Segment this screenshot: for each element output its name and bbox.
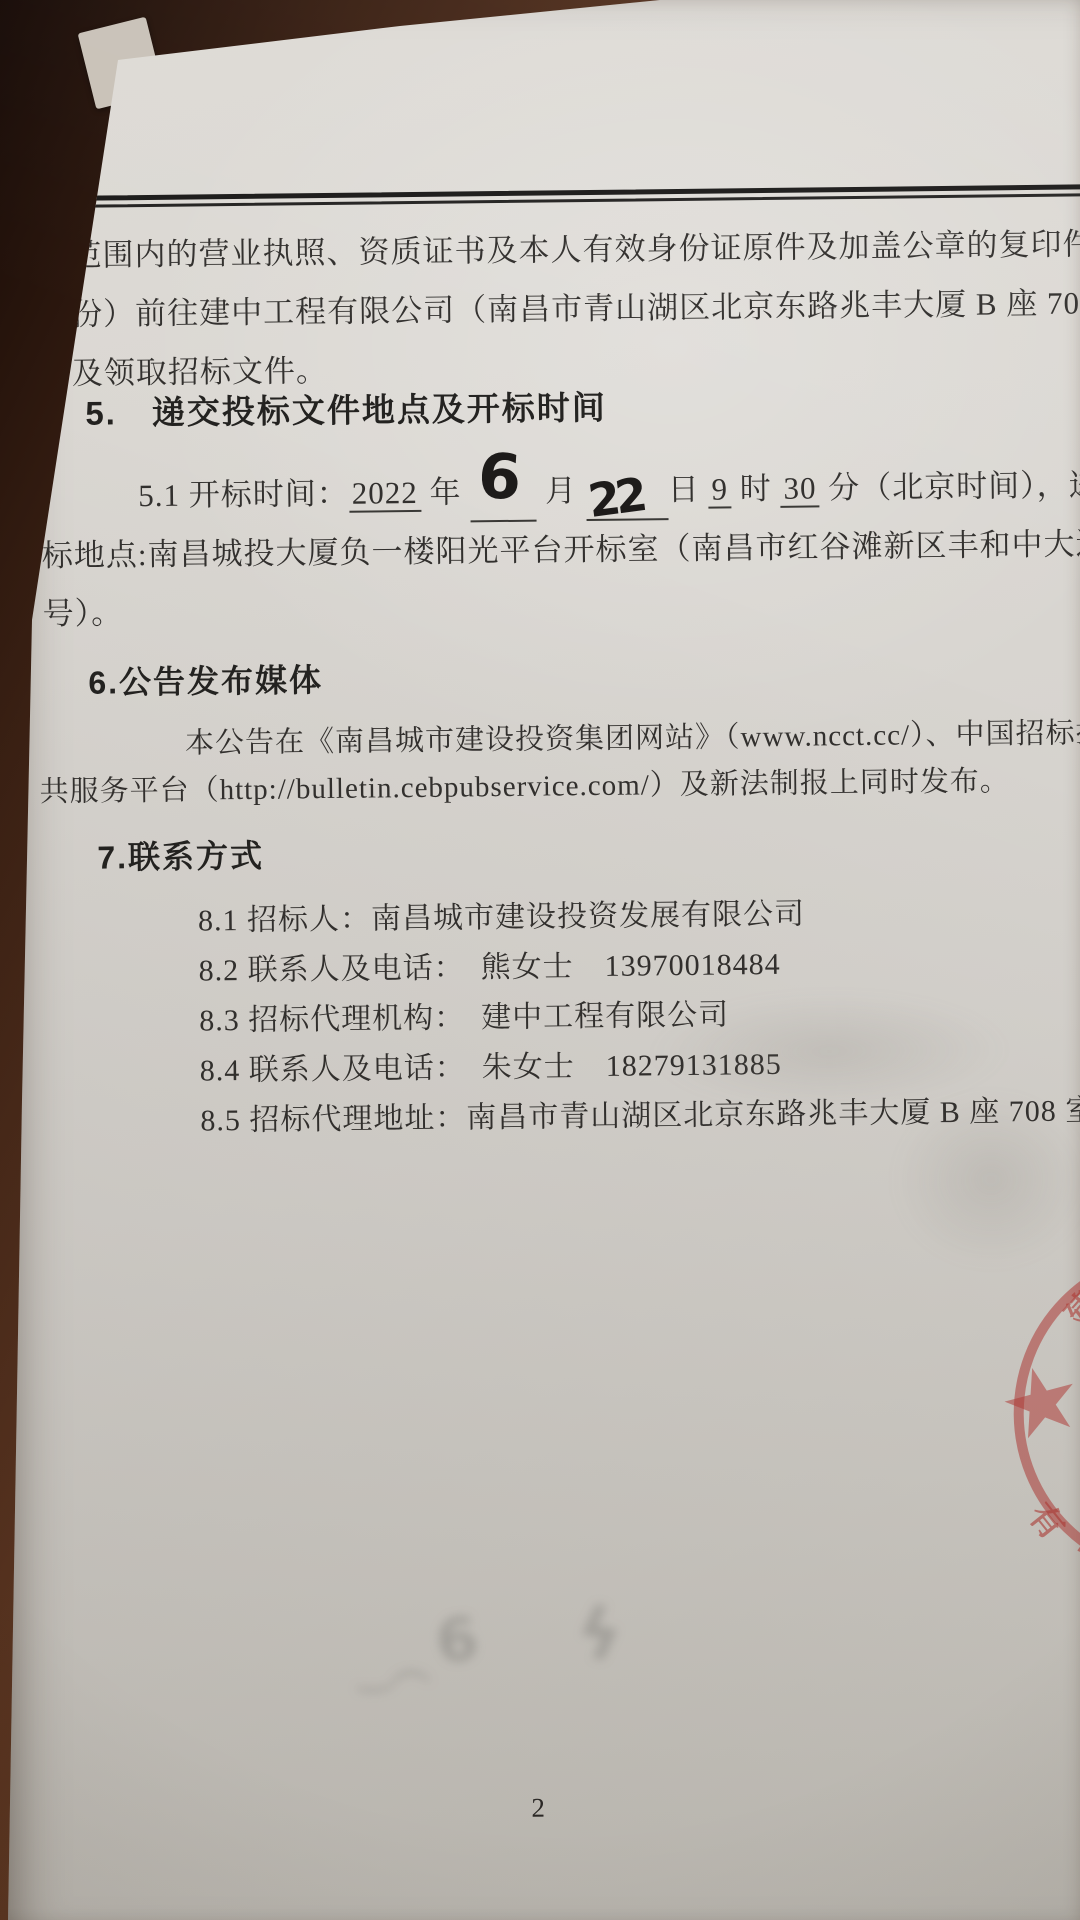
month-blank: 6 [470,486,536,523]
section6-heading: 6.公告发布媒体 [88,655,323,704]
opening-hour: 9 [708,471,731,508]
opening-location-end: 号）。 [42,573,1080,643]
section5-heading: 5. 递交投标文件地点及开标时间 [85,382,607,435]
opening-year: 2022 [349,475,421,513]
section7-heading: 7.联系方式 [97,831,264,879]
show-through-smudge [890,1088,1080,1270]
page-number: 2 [516,1792,560,1823]
section6-body: 本公告在《南昌城市建设投资集团网站》（www.ncct.cc/）、中国招标投标公… [39,710,1080,816]
svg-text:★: ★ [988,1343,1080,1463]
intro-paragraph: 期范围内的营业执照、资质证书及本人有效身份证原件及加盖公章的复印件（装订 一份）… [38,214,1080,403]
opening-prefix: 5.1 开标时间： [138,476,349,513]
photo-of-document: 期范围内的营业执照、资质证书及本人有效身份证原件及加盖公章的复印件（装订 一份）… [0,0,1080,1920]
opening-tail: 分（北京时间），递交投标文件及开 [819,465,1080,506]
page-content: 期范围内的营业执照、资质证书及本人有效身份证原件及加盖公章的复印件（装订 一份）… [0,0,1080,1920]
seal-star: ★ [988,1343,1080,1463]
opening-year-suffix: 年 [421,474,471,510]
opening-location-line: 标地点:南昌城投大厦负一楼阳光平台开标室（南昌市红谷滩新区丰和中大道 456 [42,515,1080,585]
show-through-handwriting: ‿︵ [355,1634,432,1696]
intro-line: 一份）前往建中工程有限公司（南昌市青山湖区北京东路兆丰大厦 B 座 708 室）… [39,273,1080,344]
opening-month-suffix: 月 [536,473,586,509]
section5-body: 5.1 开标时间：2022 年 6 月 22日 9 时 30 分（北京时间），递… [41,456,1080,643]
double-horizontal-rule [34,184,1080,208]
opening-hour-suffix: 时 [731,471,781,507]
opening-minute: 30 [780,470,819,507]
show-through-handwriting: 6 [432,1603,482,1677]
red-company-seal-partial: ★ 建 设 有 限 公 司 [962,1264,1080,1597]
seal-char-bottom: 有 [1021,1496,1072,1546]
opening-day-label: 日 [668,472,709,507]
day-blank: 22 [586,484,668,521]
document-page: 期范围内的营业执照、资质证书及本人有效身份证原件及加盖公章的复印件（装订 一份）… [0,0,1080,1920]
show-through-handwriting: ϟ [571,1591,627,1678]
handwritten-day: 22 [584,465,645,530]
handwritten-month: 6 [476,447,523,507]
